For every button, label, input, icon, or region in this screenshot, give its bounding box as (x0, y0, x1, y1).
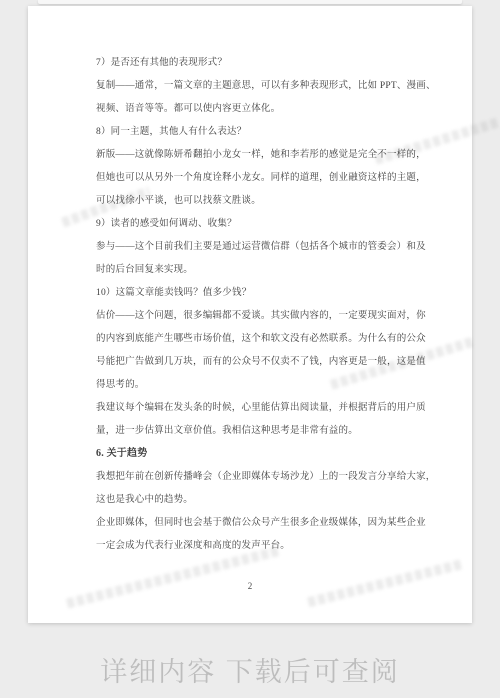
document-line: 企业即媒体，但同时也会基于微信公众号产生很多企业级媒体，因为某些企业 (96, 509, 426, 532)
previous-page-bottom-edge (38, 0, 462, 4)
document-line: 8）同一主题，其他人有什么表达？ (96, 118, 426, 141)
document-line: 得思考的。 (96, 371, 426, 394)
document-line: 可以找徐小平谈，也可以找蔡文胜谈。 (96, 187, 426, 210)
download-hint-text: 详细内容 下载后可查阅 (0, 650, 500, 689)
document-line: 估价——这个问题，很多编辑都不爱谈。其实做内容的，一定要现实面对，你 (96, 302, 426, 325)
page-number: 2 (28, 581, 472, 591)
document-line: 视频、语音等等。都可以使内容更立体化。 (96, 95, 426, 118)
document-line: 号能把广告做到几万块，而有的公众号不仅卖不了钱，内容更是一般，这是值 (96, 348, 426, 371)
document-body: 7）是否还有其他的表现形式？ 复制——通常，一篇文章的主题意思，可以有多种表现形… (96, 49, 426, 555)
document-line: 我建议每个编辑在发头条的时候，心里能估算出阅读量，并根据背后的用户质 (96, 394, 426, 417)
document-line: 新版——这就像陈妍希翻拍小龙女一样，她和李若彤的感觉是完全不一样的， (96, 141, 426, 164)
document-line: 时的后台回复来实现。 (96, 256, 426, 279)
document-line: 9）读者的感受如何调动、收集？ (96, 210, 426, 233)
document-line: 但她也可以从另外一个角度诠释小龙女。同样的道理，创业融资这样的主题， (96, 164, 426, 187)
document-line: 10）这篇文章能卖钱吗？值多少钱？ (96, 279, 426, 302)
document-line: 7）是否还有其他的表现形式？ (96, 49, 426, 72)
document-page: 7）是否还有其他的表现形式？ 复制——通常，一篇文章的主题意思，可以有多种表现形… (28, 6, 472, 623)
document-line: 这也是我心中的趋势。 (96, 486, 426, 509)
document-line: 我想把年前在创新传播峰会（企业即媒体专场沙龙）上的一段发言分享给大家， (96, 463, 426, 486)
document-heading-trends: 6. 关于趋势 (96, 440, 426, 463)
document-line: 的内容到底能产生哪些市场价值，这个和软文没有必然联系。为什么有的公众 (96, 325, 426, 348)
document-line: 参与——这个目前我们主要是通过运营微信群（包括各个城市的管委会）和及 (96, 233, 426, 256)
document-line: 复制——通常，一篇文章的主题意思，可以有多种表现形式，比如 PPT、漫画、 (96, 72, 426, 95)
document-line: 量，进一步估算出文章价值。我相信这种思考是非常有益的。 (96, 417, 426, 440)
document-line: 一定会成为代表行业深度和高度的发声平台。 (96, 532, 426, 555)
